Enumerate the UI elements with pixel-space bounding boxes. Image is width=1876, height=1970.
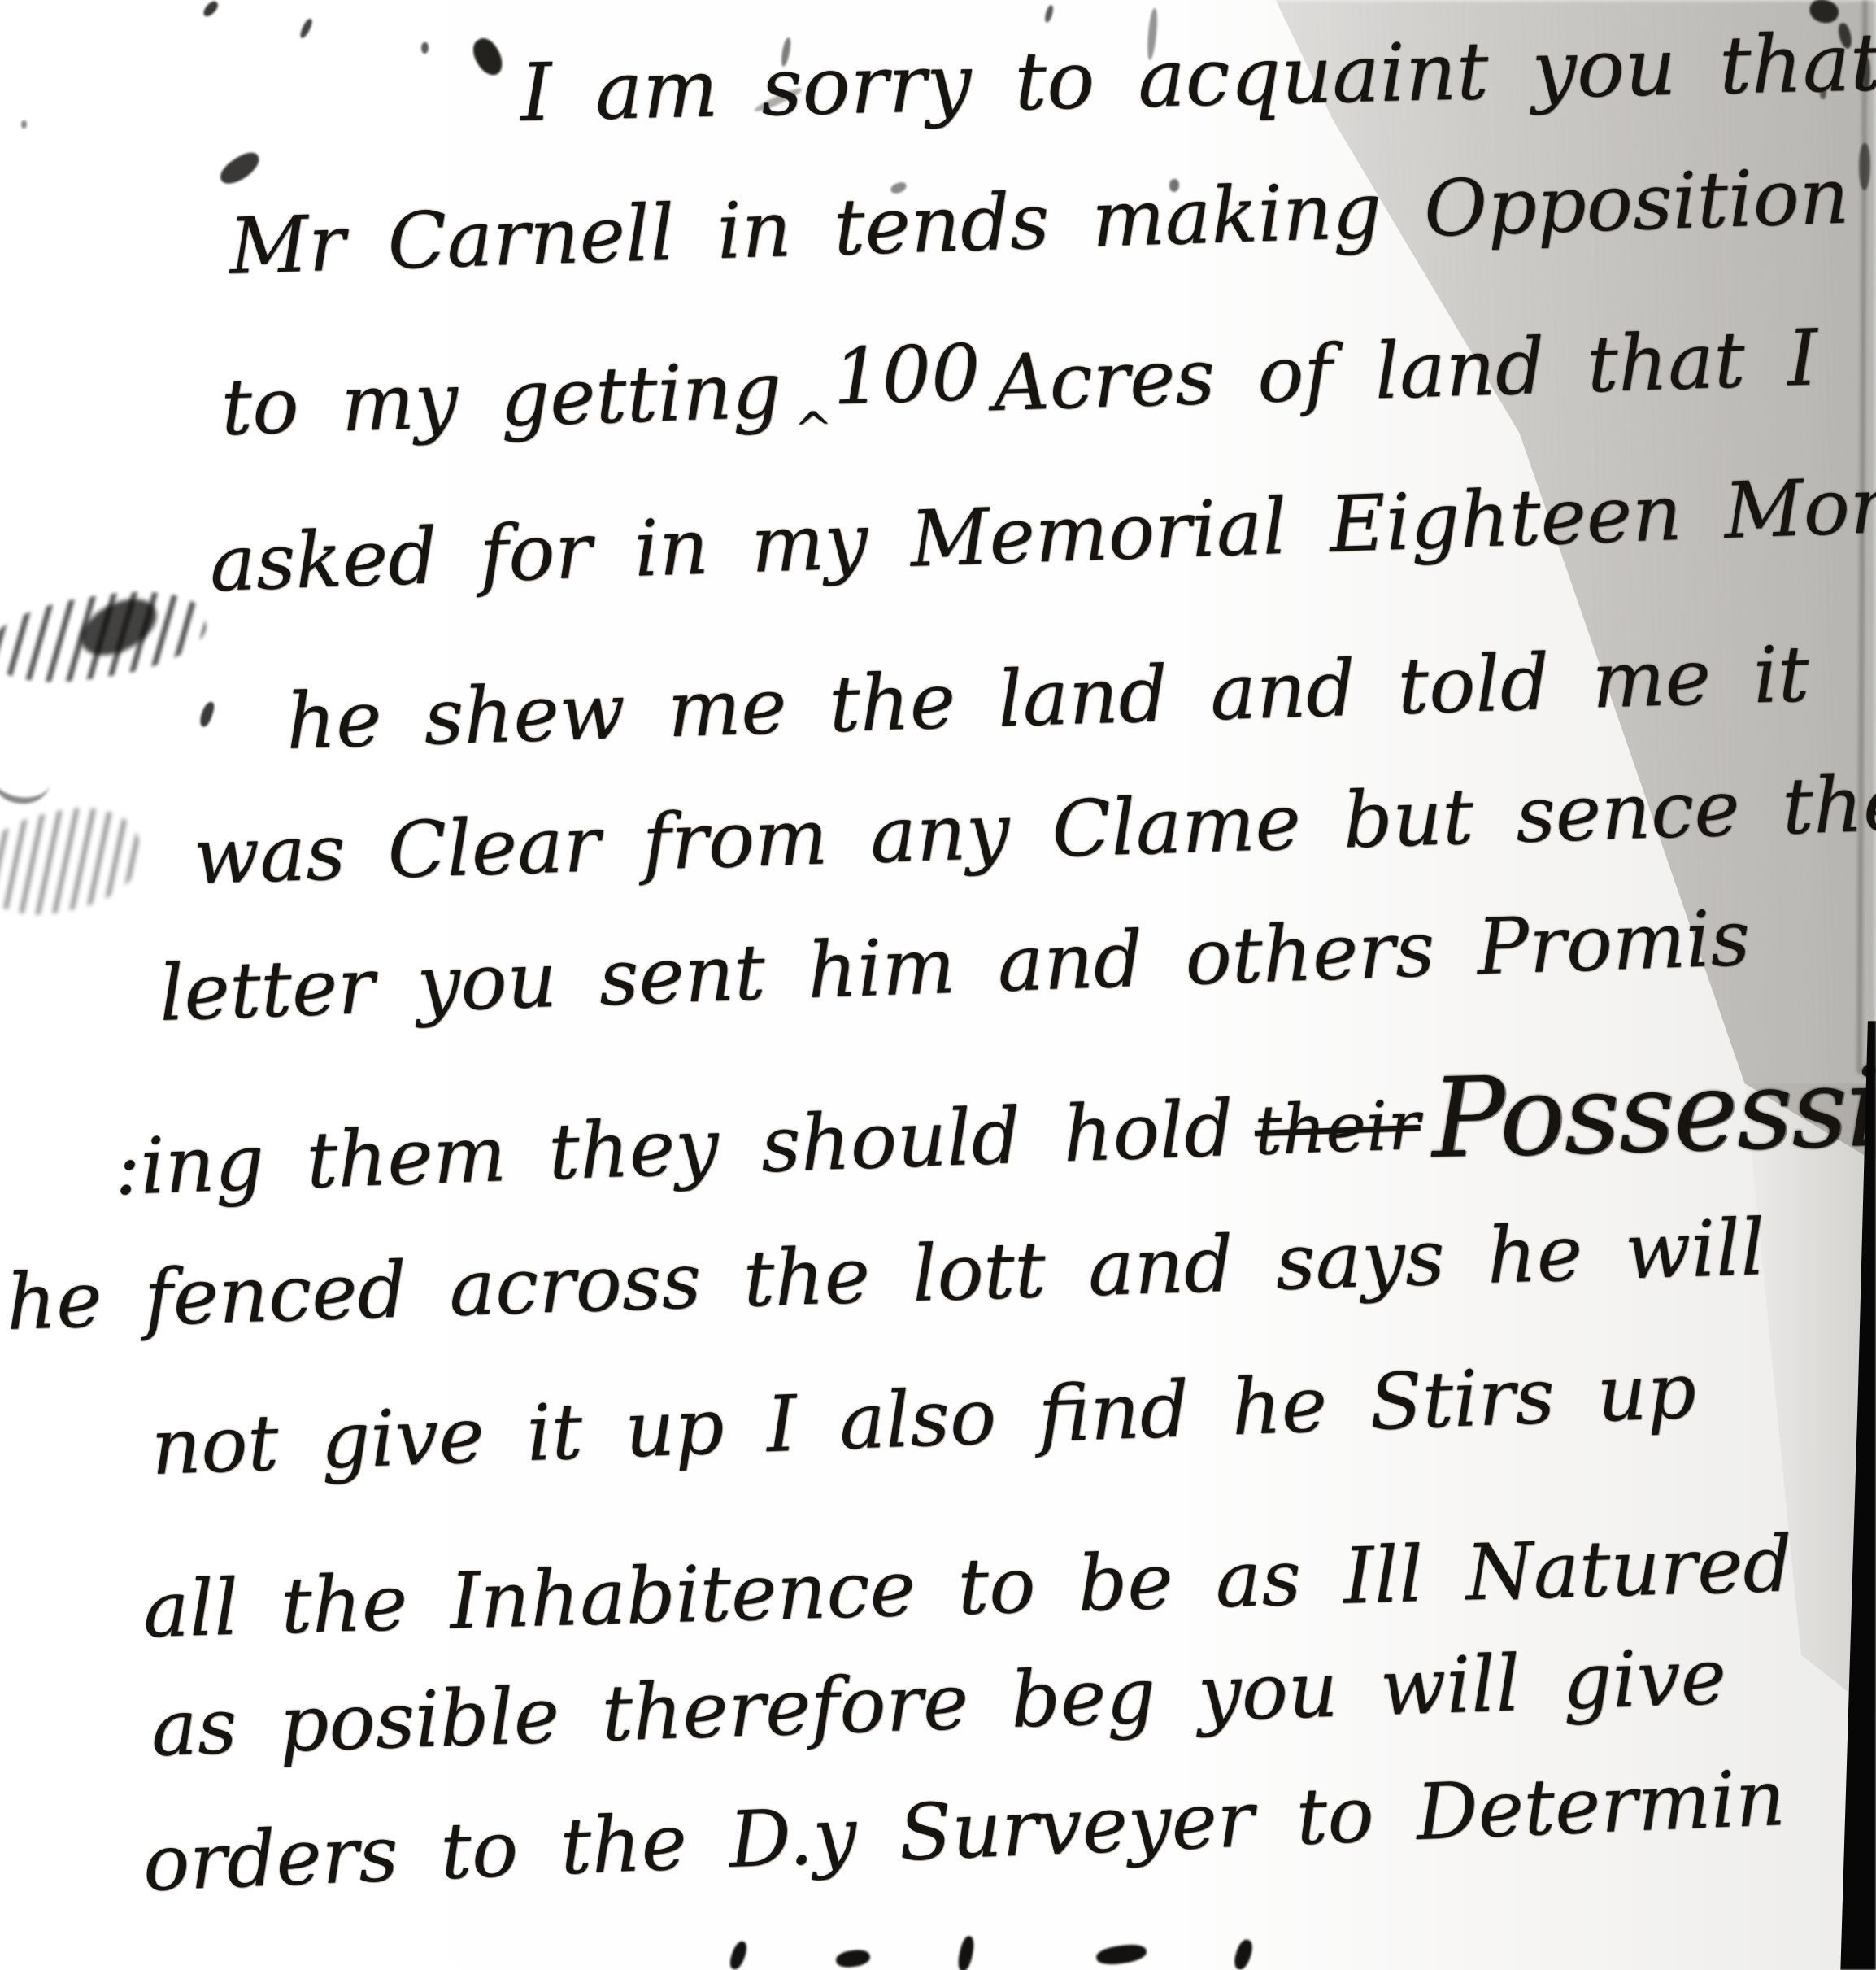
struck-out-word: their — [1253, 1085, 1421, 1170]
handwritten-line-5: he shew me the land and told me it — [285, 632, 1810, 765]
letter-page: I am sorry to acquaint you that Mr Carne… — [0, 0, 1876, 1970]
ink-speck — [1859, 143, 1870, 190]
handwritten-line-13: orders to the D.y Surveyer to Determin — [141, 1756, 1787, 1907]
handwritten-line-12: as posible therefore beg you will give — [150, 1635, 1727, 1772]
cutoff-stroke — [1095, 1942, 1147, 1967]
insertion-caret: ^ — [794, 403, 834, 455]
handwritten-line-4: asked for in my Memorial Eighteen Months — [208, 459, 1876, 607]
line3-text-before-insertion: to my getting — [220, 346, 782, 453]
handwritten-line-8: :ing them they should holdtheirPossessio… — [111, 1028, 1876, 1217]
handwritten-line-11: all the Inhabitence to be as Ill Natured — [142, 1522, 1794, 1653]
ink-speck — [468, 34, 508, 81]
ink-speck — [1043, 4, 1054, 23]
handwritten-line-7: letter you sent him and others Promis — [158, 896, 1752, 1037]
cutoff-stroke — [1232, 1937, 1256, 1970]
handwritten-line-10: not give it up I also find he Stirs up — [150, 1349, 1698, 1490]
ink-speck — [21, 120, 27, 129]
cutoff-stroke — [956, 1935, 977, 1970]
handwritten-line-2: Mr Carnell in tends making Opposition — [228, 154, 1850, 290]
handwritten-line-3: to my getting^100Acres of land that I — [220, 316, 1819, 451]
ink-smudge-arc — [0, 751, 54, 808]
handwritten-line-9: he fenced across the lott and says he wi… — [5, 1205, 1766, 1345]
cutoff-stroke — [835, 1948, 871, 1969]
ink-speck — [201, 0, 220, 19]
ink-speck — [298, 17, 314, 39]
inserted-number: 100 — [832, 331, 982, 421]
flourished-word: Possessions — [1430, 1043, 1876, 1180]
handwritten-line-6: was Clear from any Clame but sence the — [192, 761, 1876, 900]
ink-stray-comma — [198, 700, 215, 728]
line3-text-after-insertion: Acres of land that I — [992, 313, 1819, 429]
ink-speck — [421, 42, 429, 54]
ink-speck — [215, 147, 263, 189]
cutoff-stroke — [727, 1939, 749, 1970]
handwritten-line-1: I am sorry to acquaint you that — [520, 20, 1876, 138]
line8-continuation-text: :ing them they should hold — [113, 1084, 1235, 1213]
ink-smudge-hatch — [0, 795, 150, 928]
